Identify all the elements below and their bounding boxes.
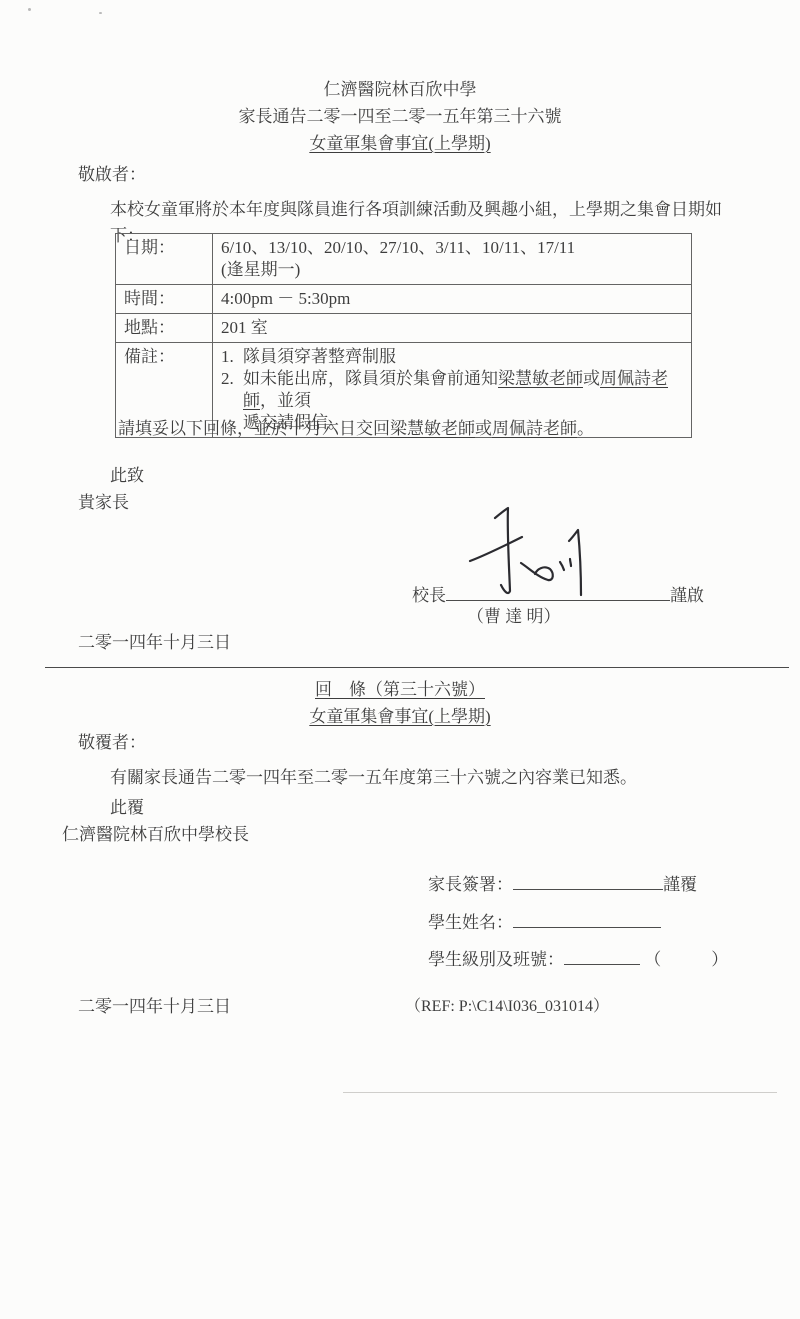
schedule-table: 日期： 6/10、13/10、20/10、27/10、3/11、10/11、17… [115,233,692,438]
notice-header: 仁濟醫院林百欣中學 家長通告二零一四至二零一五年第三十六號 女童軍集會事宜(上學… [0,76,800,157]
closing: 此致 [110,463,144,489]
date-cell: 6/10、13/10、20/10、27/10、3/11、10/11、17/11 … [213,234,692,285]
section-divider [45,667,789,668]
reply-body: 有關家長通告二零一四年至二零一五年度第三十六號之內容業已知悉。 [110,765,750,791]
reference-number: （REF: P:\C14\I036_031014） [405,994,609,1020]
remark-item-1: 1. 隊員須穿著整齊制服 [221,346,683,368]
school-name: 仁濟醫院林百欣中學 [0,76,800,103]
student-name-field: 學生姓名： [428,910,661,936]
reply-slip-subject: 女童軍集會事宜(上學期) [0,703,800,730]
return-instruction-pre: 請填妥以下回條，並於十月六日交回 [118,419,390,438]
parent-sign-suffix: 謹覆 [663,875,697,894]
return-instruction-or: 或 [475,419,492,438]
student-name-line [513,910,661,928]
table-row-venue: 地點： 201 室 [116,314,692,343]
return-instruction-end: 。 [577,419,594,438]
notice-number: 家長通告二零一四至二零一五年第三十六號 [0,103,800,130]
respectfully-sign: 謹啟 [670,583,704,609]
salutation: 敬啟者： [78,162,146,188]
principal-label: 校長 [412,583,446,609]
date-note: (逢星期一) [221,259,683,281]
teacher2-name: 周佩詩老師 [492,419,577,438]
student-name-label: 學生姓名： [428,913,513,932]
scan-artifact-speck [28,8,31,11]
scan-artifact-speck [99,12,102,14]
date-value: 6/10、13/10、20/10、27/10、3/11、10/11、17/11 [221,237,683,259]
reply-date: 二零一四年十月三日 [78,994,231,1020]
parent-sign-label: 家長簽署： [428,875,513,894]
reply-addressee: 仁濟醫院林百欣中學校長 [62,822,249,848]
table-row-date: 日期： 6/10、13/10、20/10、27/10、3/11、10/11、17… [116,234,692,285]
scan-artifact-line [343,1092,777,1093]
recipient: 貴家長 [78,490,129,516]
remark2-post: ，並須 [260,391,311,410]
parent-signature-field: 家長簽署：謹覆 [428,872,697,898]
remark1-text: 隊員須穿著整齊制服 [243,346,396,368]
scanned-notice-page: 仁濟醫院林百欣中學 家長通告二零一四至二零一五年第三十六號 女童軍集會事宜(上學… [0,0,800,1319]
student-class-line [564,947,640,965]
remark2-pre: 如未能出席，隊員須於集會前通知 [243,369,498,388]
return-instruction: 請填妥以下回條，並於十月六日交回梁慧敏老師或周佩詩老師。 [118,416,758,442]
teacher1-name: 梁慧敏老師 [498,369,583,388]
venue-value: 201 室 [213,314,692,343]
parent-signature-line [513,872,663,890]
notice-subject: 女童軍集會事宜(上學期) [0,130,800,157]
teacher1-name: 梁慧敏老師 [390,419,475,438]
time-value: 4:00pm － 5:30pm [213,285,692,314]
principal-signature-line [446,583,670,601]
reply-slip-header: 回 條（第三十六號） 女童軍集會事宜(上學期) [0,676,800,730]
class-number-space [661,948,711,965]
class-bracket-close: ） [711,950,728,969]
student-class-field: 學生級別及班號： （） [428,947,728,973]
student-class-label: 學生級別及班號： [428,950,564,969]
letter-date: 二零一四年十月三日 [78,630,231,656]
reply-closing: 此覆 [110,795,144,821]
time-label: 時間： [116,285,213,314]
table-row-time: 時間： 4:00pm － 5:30pm [116,285,692,314]
date-label: 日期： [116,234,213,285]
remark2-or: 或 [583,369,600,388]
principal-printed-name: （曹 達 明） [467,604,561,630]
reply-salutation: 敬覆者： [78,730,146,756]
remark1-number: 1. [221,346,243,368]
class-bracket-open: （ [644,950,661,969]
reply-slip-title: 回 條（第三十六號） [0,676,800,703]
venue-label: 地點： [116,314,213,343]
